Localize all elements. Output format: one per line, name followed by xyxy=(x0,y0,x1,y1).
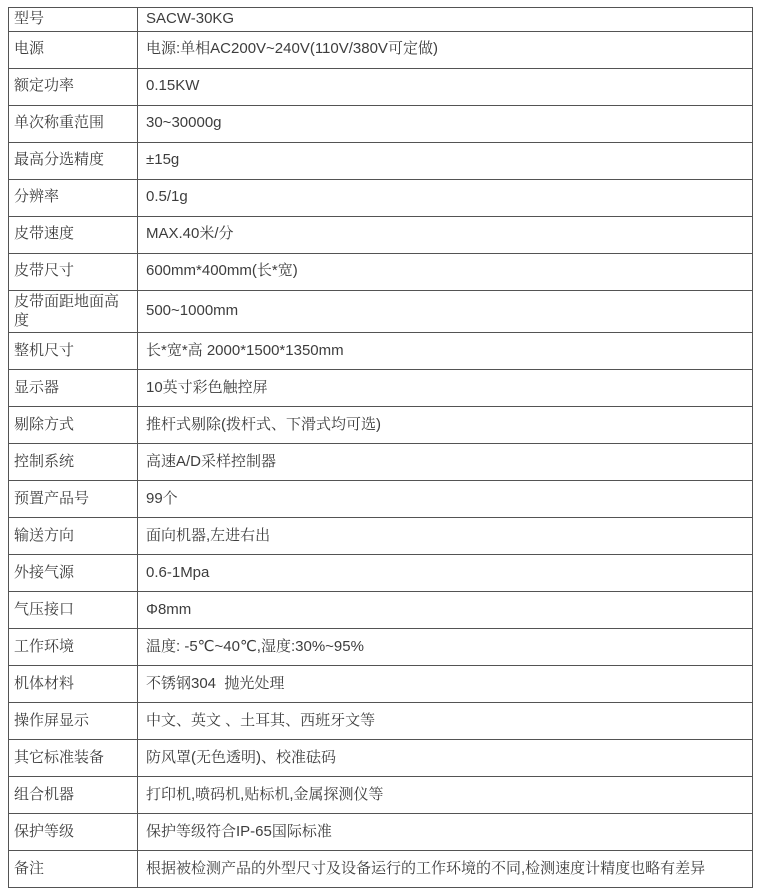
spec-value: Φ8mm xyxy=(138,592,753,629)
spec-label: 显示器 xyxy=(9,370,138,407)
product-spec-table: 型号 SACW-30KG 电源 电源:单相AC200V~240V(110V/38… xyxy=(8,7,753,888)
spec-label: 电源 xyxy=(9,31,138,68)
table-row: 单次称重范围 30~30000g xyxy=(9,105,753,142)
spec-value: 0.15KW xyxy=(138,68,753,105)
spec-value: 温度: -5℃~40℃,湿度:30%~95% xyxy=(138,629,753,666)
spec-label: 操作屏显示 xyxy=(9,703,138,740)
table-row: 皮带速度 MAX.40米/分 xyxy=(9,216,753,253)
spec-label: 机体材料 xyxy=(9,666,138,703)
spec-value: 长*宽*高 2000*1500*1350mm xyxy=(138,333,753,370)
spec-label: 整机尺寸 xyxy=(9,333,138,370)
spec-label: 单次称重范围 xyxy=(9,105,138,142)
spec-value: MAX.40米/分 xyxy=(138,216,753,253)
spec-label: 皮带面距地面高度 xyxy=(9,290,138,333)
table-row: 其它标准装备 防风罩(无色透明)、校准砝码 xyxy=(9,740,753,777)
spec-value: 30~30000g xyxy=(138,105,753,142)
spec-value: 推杆式剔除(拨杆式、下滑式均可选) xyxy=(138,407,753,444)
table-row: 剔除方式 推杆式剔除(拨杆式、下滑式均可选) xyxy=(9,407,753,444)
table-row: 组合机器 打印机,喷码机,贴标机,金属探测仪等 xyxy=(9,777,753,814)
spec-label: 控制系统 xyxy=(9,444,138,481)
spec-label: 保护等级 xyxy=(9,814,138,851)
spec-value: 99个 xyxy=(138,481,753,518)
spec-label: 输送方向 xyxy=(9,518,138,555)
spec-value: 打印机,喷码机,贴标机,金属探测仪等 xyxy=(138,777,753,814)
spec-label: 组合机器 xyxy=(9,777,138,814)
table-row: 机体材料 不锈钢304 抛光处理 xyxy=(9,666,753,703)
spec-table-body: 型号 SACW-30KG 电源 电源:单相AC200V~240V(110V/38… xyxy=(9,8,753,888)
spec-value: 0.6-1Mpa xyxy=(138,555,753,592)
spec-label: 额定功率 xyxy=(9,68,138,105)
spec-value: 高速A/D采样控制器 xyxy=(138,444,753,481)
spec-label: 工作环境 xyxy=(9,629,138,666)
table-row: 型号 SACW-30KG xyxy=(9,8,753,32)
table-row: 整机尺寸 长*宽*高 2000*1500*1350mm xyxy=(9,333,753,370)
spec-value: 保护等级符合IP-65国际标准 xyxy=(138,814,753,851)
spec-value: 500~1000mm xyxy=(138,290,753,333)
table-row: 输送方向 面向机器,左进右出 xyxy=(9,518,753,555)
spec-label: 分辨率 xyxy=(9,179,138,216)
table-row: 预置产品号 99个 xyxy=(9,481,753,518)
table-row: 外接气源 0.6-1Mpa xyxy=(9,555,753,592)
spec-label: 备注 xyxy=(9,851,138,888)
table-row: 额定功率 0.15KW xyxy=(9,68,753,105)
spec-label: 其它标准装备 xyxy=(9,740,138,777)
table-row: 备注 根据被检测产品的外型尺寸及设备运行的工作环境的不同,检测速度计精度也略有差… xyxy=(9,851,753,888)
spec-value: SACW-30KG xyxy=(138,8,753,32)
spec-value: 0.5/1g xyxy=(138,179,753,216)
table-row: 控制系统 高速A/D采样控制器 xyxy=(9,444,753,481)
spec-label: 型号 xyxy=(9,8,138,32)
spec-value: 中文、英文 、土耳其、西班牙文等 xyxy=(138,703,753,740)
spec-label: 外接气源 xyxy=(9,555,138,592)
table-row: 显示器 10英寸彩色触控屏 xyxy=(9,370,753,407)
table-row: 气压接口 Φ8mm xyxy=(9,592,753,629)
spec-label: 剔除方式 xyxy=(9,407,138,444)
spec-value: 防风罩(无色透明)、校准砝码 xyxy=(138,740,753,777)
table-row: 皮带面距地面高度 500~1000mm xyxy=(9,290,753,333)
spec-value: 600mm*400mm(长*宽) xyxy=(138,253,753,290)
table-row: 皮带尺寸 600mm*400mm(长*宽) xyxy=(9,253,753,290)
spec-value: 10英寸彩色触控屏 xyxy=(138,370,753,407)
spec-value: ±15g xyxy=(138,142,753,179)
page: 型号 SACW-30KG 电源 电源:单相AC200V~240V(110V/38… xyxy=(0,0,762,889)
spec-label: 最高分选精度 xyxy=(9,142,138,179)
spec-label: 气压接口 xyxy=(9,592,138,629)
table-row: 保护等级 保护等级符合IP-65国际标准 xyxy=(9,814,753,851)
table-row: 最高分选精度 ±15g xyxy=(9,142,753,179)
table-row: 工作环境 温度: -5℃~40℃,湿度:30%~95% xyxy=(9,629,753,666)
table-row: 操作屏显示 中文、英文 、土耳其、西班牙文等 xyxy=(9,703,753,740)
table-row: 分辨率 0.5/1g xyxy=(9,179,753,216)
spec-value: 根据被检测产品的外型尺寸及设备运行的工作环境的不同,检测速度计精度也略有差异 xyxy=(138,851,753,888)
spec-value: 电源:单相AC200V~240V(110V/380V可定做) xyxy=(138,31,753,68)
spec-label: 预置产品号 xyxy=(9,481,138,518)
spec-value: 不锈钢304 抛光处理 xyxy=(138,666,753,703)
spec-label: 皮带尺寸 xyxy=(9,253,138,290)
spec-label: 皮带速度 xyxy=(9,216,138,253)
table-row: 电源 电源:单相AC200V~240V(110V/380V可定做) xyxy=(9,31,753,68)
spec-value: 面向机器,左进右出 xyxy=(138,518,753,555)
